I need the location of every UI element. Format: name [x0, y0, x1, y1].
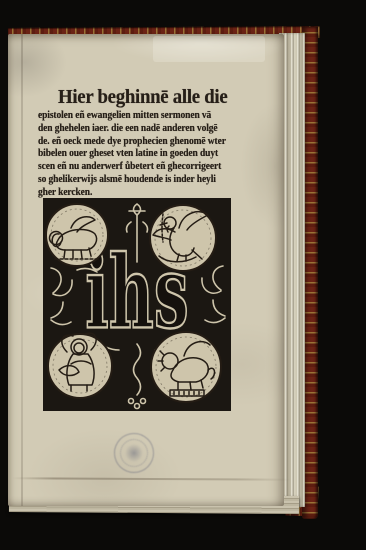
book-photograph: Hier beghinnē alle die epistolen eñ ewan… [0, 0, 366, 550]
page-crease [12, 477, 292, 480]
text-line: de. eñ oeck mede dye prophecien ghenomē … [38, 136, 244, 149]
text-line: scen eñ nu anderwerf ůbetert eñ ghecorri… [38, 161, 244, 174]
evangelists-woodcut: ihs [43, 198, 231, 411]
winged-lion-icon [151, 332, 221, 402]
text-line: so ghelikerwijs alsmē houdende is inder … [38, 174, 244, 187]
page-title: Hier beghinnē alle die [58, 86, 248, 109]
angel-icon [48, 333, 112, 398]
winged-ox-icon [46, 204, 108, 266]
printed-text-block: Hier beghinnē alle die epistolen eñ ewan… [38, 86, 260, 200]
text-line: den ghehelen iaer. die een nadē anderen … [38, 123, 244, 136]
text-line: bibelen ouer gheset vten latine in goede… [38, 148, 244, 161]
text-line: epistolen eñ ewangelien mitten sermonen … [38, 110, 244, 123]
eagle-icon [150, 205, 216, 271]
library-stamp [110, 429, 157, 476]
title-page: Hier beghinnē alle die epistolen eñ ewan… [8, 34, 284, 506]
